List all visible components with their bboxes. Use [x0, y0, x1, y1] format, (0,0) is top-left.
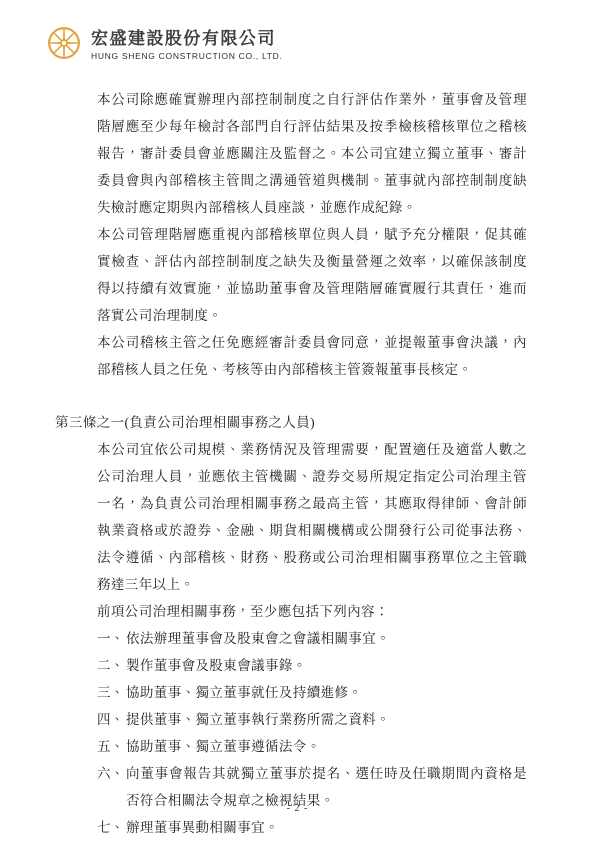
page-number: - 2 - [287, 803, 309, 814]
list-item-text: 依法辦理董事會及股東會之會議相關事宜。 [126, 625, 527, 652]
list-item-text: 製作董事會及股東會議事錄。 [126, 652, 527, 679]
list-item-text: 辦理董事異動相關事宜。 [126, 814, 527, 841]
paragraph: 本公司稽核主管之任免應經審計委員會同意，並提報董事會決議，內部稽核人員之任免、考… [97, 329, 527, 383]
list-item-marker: 三、 [97, 679, 126, 706]
paragraph-block-governance-officer: 本公司宜依公司規模、業務情況及管理需要，配置適任及適當人數之公司治理人員，並應依… [97, 436, 527, 841]
list-item: 一、 依法辦理董事會及股東會之會議相關事宜。 [97, 625, 527, 652]
company-names: 宏盛建設股份有限公司 HUNG SHENG CONSTRUCTION CO., … [91, 24, 283, 62]
company-name-zh: 宏盛建設股份有限公司 [91, 28, 283, 50]
list-item-marker: 五、 [97, 733, 126, 760]
list-item-text: 協助董事、獨立董事遵循法令。 [126, 733, 527, 760]
list-item: 三、 協助董事、獨立董事就任及持續進修。 [97, 679, 527, 706]
page-footer: - 2 - [0, 803, 595, 814]
list-item-marker: 六、 [97, 760, 126, 787]
paragraph: 前項公司治理相關事務，至少應包括下列內容： [97, 598, 527, 625]
section-heading-article-3-1: 第三條之一(負責公司治理相關事務之人員) [55, 409, 527, 436]
paragraph-block-internal-control: 本公司除應確實辦理內部控制制度之自行評估作業外，董事會及管理階層應至少每年檢討各… [97, 86, 527, 383]
document-body: 本公司除應確實辦理內部控制制度之自行評估作業外，董事會及管理階層應至少每年檢討各… [55, 86, 527, 841]
list-item-marker: 二、 [97, 652, 126, 679]
list-item-marker: 四、 [97, 706, 126, 733]
list-item: 七、 辦理董事異動相關事宜。 [97, 814, 527, 841]
list-item-text: 協助董事、獨立董事就任及持續進修。 [126, 679, 527, 706]
company-logo-sun-compass-icon [46, 24, 82, 62]
list-item: 二、 製作董事會及股東會議事錄。 [97, 652, 527, 679]
list-item: 五、 協助董事、獨立董事遵循法令。 [97, 733, 527, 760]
paragraph: 本公司管理階層應重視內部稽核單位與人員，賦予充分權限，促其確實檢查、評估內部控制… [97, 221, 527, 329]
paragraph: 本公司宜依公司規模、業務情況及管理需要，配置適任及適當人數之公司治理人員，並應依… [97, 436, 527, 598]
paragraph: 本公司除應確實辦理內部控制制度之自行評估作業外，董事會及管理階層應至少每年檢討各… [97, 86, 527, 221]
list-item: 四、 提供董事、獨立董事執行業務所需之資料。 [97, 706, 527, 733]
letterhead: 宏盛建設股份有限公司 HUNG SHENG CONSTRUCTION CO., … [46, 24, 283, 62]
list-item-marker: 一、 [97, 625, 126, 652]
document-page: 宏盛建設股份有限公司 HUNG SHENG CONSTRUCTION CO., … [0, 0, 595, 842]
list-item-text: 提供董事、獨立董事執行業務所需之資料。 [126, 706, 527, 733]
list-item-marker: 七、 [97, 814, 126, 841]
company-name-en: HUNG SHENG CONSTRUCTION CO., LTD. [91, 50, 283, 62]
